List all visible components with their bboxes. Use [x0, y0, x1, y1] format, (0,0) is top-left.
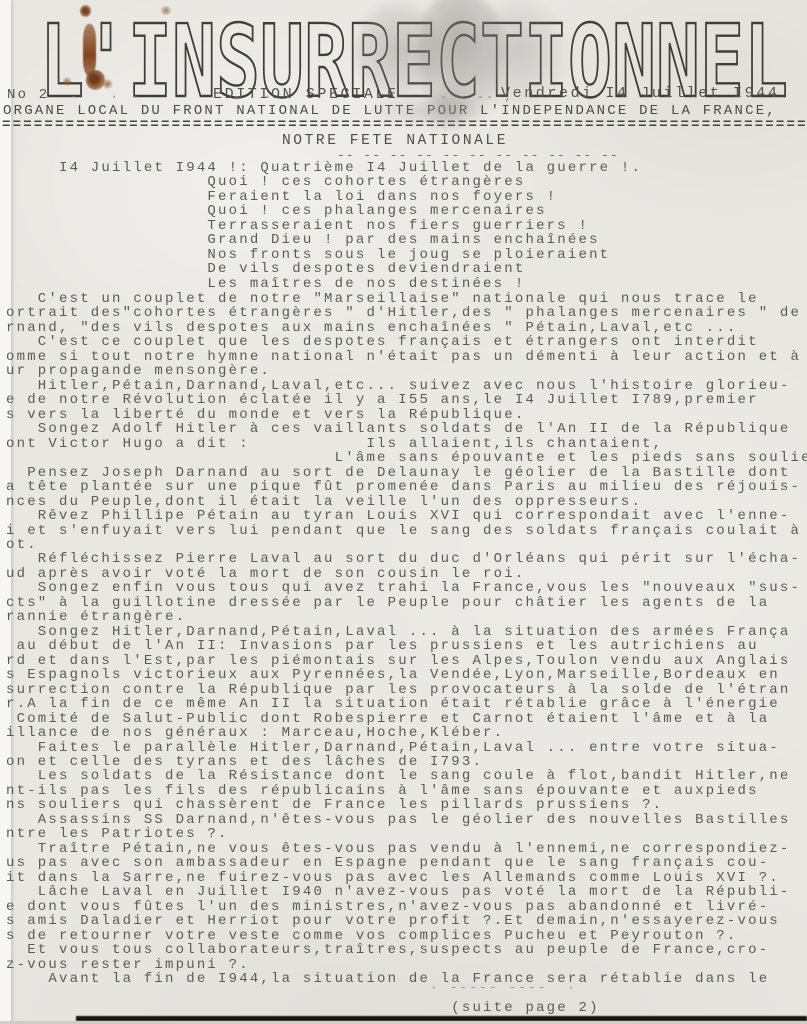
text-line: Songez enfin vous tous qui avez trahi la…: [6, 581, 807, 595]
text-line: e dont vous fûtes l'un des ministres,n'a…: [6, 900, 807, 914]
issue-number: No 2: [7, 87, 49, 103]
text-line: Les maîtres de nos destinées !: [6, 277, 642, 291]
text-line: Lâche Laval en Juillet I940 n'avez-vous …: [6, 885, 807, 899]
text-line: ot.: [6, 538, 807, 552]
text-line: ont Victor Hugo a dit : Ils allaient,ils…: [6, 437, 807, 451]
text-line: s Espagnols victorieux aux Pyrennées,la …: [6, 668, 807, 682]
text-line: rd et dans l'Est,par les piémontais sur …: [6, 654, 807, 668]
section-title: NOTRE FETE NATIONALE: [282, 133, 508, 149]
text-line: ud après avoir voté la mort de son cousi…: [6, 567, 807, 581]
text-line: us pas avec son ambassadeur en Espagne p…: [6, 856, 807, 870]
text-line: Assassins SS Darnand,n'êtes-vous pas le …: [6, 813, 807, 827]
text-line: C'est ce couplet que les despotes frança…: [6, 335, 807, 349]
poem-block: I4 Juillet I944 !: Quatrième I4 Juillet …: [6, 161, 642, 291]
text-line: Songez Hitler,Darnand,Pétain,Laval ... à…: [6, 625, 807, 639]
text-line: ntre les Patriotes ?.: [6, 827, 807, 841]
text-line: cts" à la guillotine dressée par le Peup…: [6, 596, 807, 610]
text-line: nces du Peuple,dont il était la veille l…: [6, 495, 807, 509]
text-line: Et vous tous collaborateurs,traîtres,sus…: [6, 943, 807, 957]
newspaper-page: L'INSURRECTIONNEL No 2 - · - · - · · EDI…: [0, 0, 807, 1024]
text-line: ur propagande mensongère.: [6, 364, 807, 378]
text-line: au début de l'An II: Invasions par les p…: [6, 639, 807, 653]
text-line: rannie étrangère.: [6, 610, 807, 624]
text-line: Hitler,Pétain,Darnand,Laval,etc... suive…: [6, 379, 807, 393]
divider-rule: ========================================…: [2, 117, 807, 133]
text-line: C'est un couplet de notre "Marseillaise"…: [6, 292, 807, 306]
text-line: L'âme sans épouvante et les pieds sans s…: [6, 451, 807, 465]
text-line: Réfléchissez Pierre Laval au sort du duc…: [6, 552, 807, 566]
text-line: Avant la fin de I944,la situation de la …: [6, 972, 807, 986]
text-line: Quoi ! ces phalanges mercenaires: [6, 204, 642, 218]
text-line: a tête plantée sur une pique fût promené…: [6, 480, 807, 494]
text-line: ortrait des"cohortes étrangères " d'Hitl…: [6, 306, 807, 320]
text-line: Songez Adolf Hitler à ces vaillants sold…: [6, 422, 807, 436]
text-line: omme si tout notre hymne national n'étai…: [6, 350, 807, 364]
text-line: De vils despotes deviendraient: [6, 262, 642, 276]
text-line: i et s'enfuyait vers lui pendant que le …: [6, 524, 807, 538]
text-line: it dans la Sarre,ne fuirez-vous pas avec…: [6, 871, 807, 885]
text-line: nt-ils pas les fils des républicains à l…: [6, 784, 807, 798]
text-line: e de notre Révolution éclatée il y a I55…: [6, 393, 807, 407]
text-line: Feraient la loi dans nos foyers !: [6, 190, 642, 204]
text-line: s de retourner votre veste comme vos com…: [6, 929, 807, 943]
text-line: Comité de Salut-Public dont Robespierre …: [6, 712, 807, 726]
issue-date: Vendredi I4 Juillet I944: [501, 85, 779, 102]
text-line: Quoi ! ces cohortes étrangères: [6, 175, 642, 189]
text-line: Nos fronts sous le joug se ploieraient: [6, 248, 642, 262]
text-line: Traître Pétain,ne vous êtes-vous pas ven…: [6, 842, 807, 856]
text-line: Faites le parallèle Hitler,Darnand,Pétai…: [6, 741, 807, 755]
text-line: s amis Daladier et Herriot pour votre pr…: [6, 914, 807, 928]
text-line: on et celle des tyrans et des lâches de …: [6, 755, 807, 769]
text-line: s vers la liberté du monde et vers la Ré…: [6, 408, 807, 422]
text-line: r.A la fin de ce même An II la situation…: [6, 697, 807, 711]
text-line: (suite page 2): [6, 1001, 807, 1015]
text-line: Pensez Joseph Darnand au sort de Delauna…: [6, 466, 807, 480]
text-line: Rêvez Phillipe Pétain au tyran Louis XVI…: [6, 509, 807, 523]
footer-filler-dashes: · ----- ---- ·: [430, 980, 577, 995]
text-line: illance de nos généraux : Marceau,Hoche,…: [6, 726, 807, 740]
text-line: ns souliers qui chassèrent de France les…: [6, 798, 807, 812]
text-line: Les soldats de la Résistance dont le san…: [6, 769, 807, 783]
text-line: Terrasseraient nos fiers guerriers !: [6, 219, 642, 233]
text-line: Grand Dieu ! par des mains enchaînées: [6, 233, 642, 247]
text-line: surrection contre la République par les …: [6, 683, 807, 697]
text-line: z-vous rester impuni ?.: [6, 958, 807, 972]
text-line: rnand, "des vils despotes aux mains ench…: [6, 321, 807, 335]
text-line: [6, 987, 807, 1001]
article-body: C'est un couplet de notre "Marseillaise"…: [6, 292, 807, 1015]
text-line: I4 Juillet I944 !: Quatrième I4 Juillet …: [6, 161, 642, 175]
edition-label: EDITION SPECIALE: [213, 86, 399, 103]
